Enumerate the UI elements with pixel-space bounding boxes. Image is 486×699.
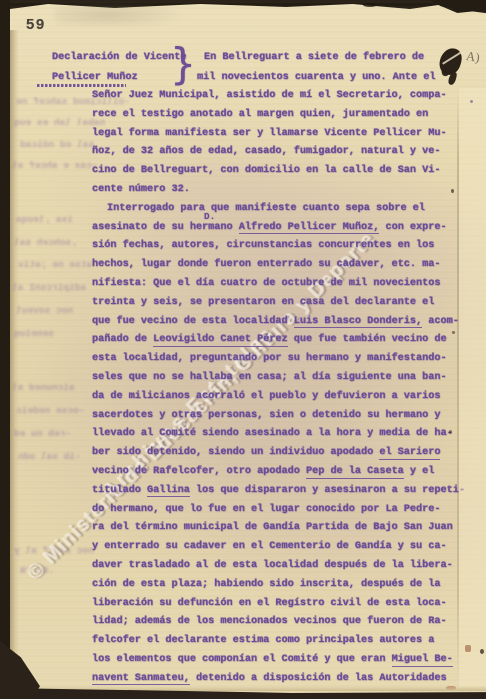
text-segment: pañado de [92,334,153,345]
typed-line: do hermano, que lo fue en el lugar conoc… [92,504,440,515]
text-segment: sacerdotes y otras personas, sien o dete… [92,410,440,421]
typed-line: los elementos que componían el Comité y … [92,654,453,665]
typed-line: lidad; además de los mencionados vecinos… [92,616,447,627]
typed-line: que fue vecino de esta localidad Luis Bl… [92,316,459,327]
typed-line: cino de Bellreguart, con domicilio en la… [92,165,440,176]
underlined-name: Leovigildo Canet Pérez [153,334,288,347]
text-segment: daver trasladado al de esta localidad de… [92,560,453,571]
underlined-name: navent Sanmateu, [92,673,190,686]
text-segment: y el [404,466,435,477]
paper-speck [480,649,484,654]
typed-line: asesinato de su hermano Alfredo Pellicer… [92,222,447,233]
adjacent-page-edge [459,88,486,687]
paper-speck [470,100,473,103]
text-segment: da de milicianos acorraló el pueblo y de… [92,391,440,402]
pencil-annotation: A) [465,48,481,66]
typed-line: seles que no se hallaba en casa; al día … [92,372,447,383]
typed-line: rece el testigo anotado al margen quien,… [92,109,428,120]
margin-note-line1: Declaración de Vicente [52,52,187,63]
text-segment: acom- [422,316,459,327]
typed-line: y enterrado su cadaver en el Cementerio … [92,541,447,552]
heading-line: mil novecientos cuarenta y uno. Ante el [197,72,435,83]
text-segment: detenido a disposición de las Autoridade… [190,673,447,684]
text-segment: cino de Bellreguart, con domicilio en la… [92,165,440,176]
typed-line: ber sido detenido, siendo un individuo a… [92,447,440,458]
typed-line: daver trasladado al de esta localidad de… [92,560,453,571]
text-segment: llevado al Comité siendo asesinado a la … [92,428,453,439]
edge-speck [363,3,377,7]
paper-speck [452,331,455,334]
curly-brace: } [170,39,196,89]
typed-line: ñoz, de 32 años de edad, casado, fumigad… [92,146,440,157]
text-segment: liberación su defunción en el Regístro c… [92,598,447,609]
typed-line: esta localidad, preguntando por su herma… [92,353,447,364]
red-mark [465,645,471,652]
typed-line: nifiesta: Que el día cuatro de octubre d… [92,278,440,289]
text-segment: ra del término municipal de Gandía Parti… [92,522,453,533]
paper-speck [449,430,452,434]
typed-line: navent Sanmateu, detenido a disposición … [92,673,447,684]
typed-line: da de milicianos acorraló el pueblo y de… [92,391,440,402]
typed-line: sión fechas, autores, circunstancias con… [92,240,434,251]
typed-line: sacerdotes y otras personas, sien o dete… [92,410,440,421]
text-segment: que fue también vecino de [288,334,447,345]
text-segment: seles que no se hallaba en casa; al día … [92,372,447,383]
text-segment: que fue vecino de esta localidad [92,316,294,327]
typed-line: cente número 32. [92,184,190,195]
paper-speck [451,189,454,193]
typed-line: Señor Juez Municipal, asistido de mí el … [92,90,447,101]
text-segment: con expre- [379,222,446,233]
typed-line: titulado Gallina los que dispararon y as… [92,485,465,496]
typed-line: treinta y seis, se presentaron en casa d… [92,297,434,308]
text-segment: Interrogado para que manifieste cuanto s… [107,203,425,214]
typed-line: legal forma manifiesta ser y llamarse Vi… [92,128,447,139]
text-segment: y enterrado su cadaver en el Cementerio … [92,541,447,552]
typed-line: pañado de Leovigildo Canet Pérez que fue… [92,334,447,345]
heading-line: En Bellreguart a siete de febrero de [204,52,424,63]
text-segment: legal forma manifiesta ser y llamarse Vi… [92,128,447,139]
underlined-name: Gallina [147,485,190,498]
text-segment: treinta y seis, se presentaron en casa d… [92,297,434,308]
underlined-name: Luis Blasco Donderis, [294,316,422,329]
text-segment: asesinato de su hermano [92,222,239,233]
text-segment: ñoz, de 32 años de edad, casado, fumigad… [92,146,440,157]
text-segment: ción de esta plaza; habiendo sido inscri… [92,579,440,590]
margin-note-line2: Pellicer Muñoz [52,72,138,83]
text-segment: cente número 32. [92,184,190,195]
text-segment: do hermano, que lo fue en el lugar conoc… [92,504,440,515]
typed-line: llevado al Comité siendo asesinado a la … [92,428,453,439]
text-segment: Señor Juez Municipal, asistido de mí el … [92,90,447,101]
text-segment: nifiesta: Que el día cuatro de octubre d… [92,278,440,289]
text-segment: lidad; además de los mencionados vecinos… [92,616,447,627]
typed-line: ra del término municipal de Gandía Parti… [92,522,453,533]
underlined-name: el Sariero [379,447,440,460]
typed-line: vecino de Rafelcofer, otro apodado Pep d… [92,466,434,477]
typed-line: liberación su defunción en el Regístro c… [92,598,447,609]
typed-line: ción de esta plaza; habiendo sido inscri… [92,579,440,590]
text-segment: vecino de Rafelcofer, otro apodado [92,466,306,477]
text-segment: titulado [92,485,147,496]
typed-line: hechos, lugar donde fueron enterrado su … [92,259,440,270]
page-edge-line [457,90,459,685]
text-segment: sión fechas, autores, circunstancias con… [92,240,434,251]
text-segment: hechos, lugar donde fueron enterrado su … [92,259,440,270]
text-segment: rece el testigo anotado al margen quien,… [92,109,428,120]
scanned-document-page: -oilicimod sahcef nenabal lah es euqsal … [0,0,486,699]
text-segment: felcofer el declarante estima como princ… [92,635,434,646]
typed-line: Interrogado para que manifieste cuanto s… [107,203,425,214]
typed-line: felcofer el declarante estima como princ… [92,635,434,646]
text-segment: esta localidad, preguntando por su herma… [92,353,447,364]
dashed-underline [37,84,126,87]
text-segment: los elementos que componían el Comité y … [92,654,392,665]
text-segment: los que dispararon y asesinaron a su rep… [190,485,465,496]
underlined-name: Pep de la Caseta [306,466,404,479]
typed-text-layer: Declaración de Vicente Pellicer Muñoz } … [0,0,486,699]
underlined-name: Alfredo Pellicer Muñoz, [239,222,380,235]
underlined-name: Miguel Be- [392,654,453,667]
text-segment: ber sido detenido, siendo un individuo a… [92,447,379,458]
